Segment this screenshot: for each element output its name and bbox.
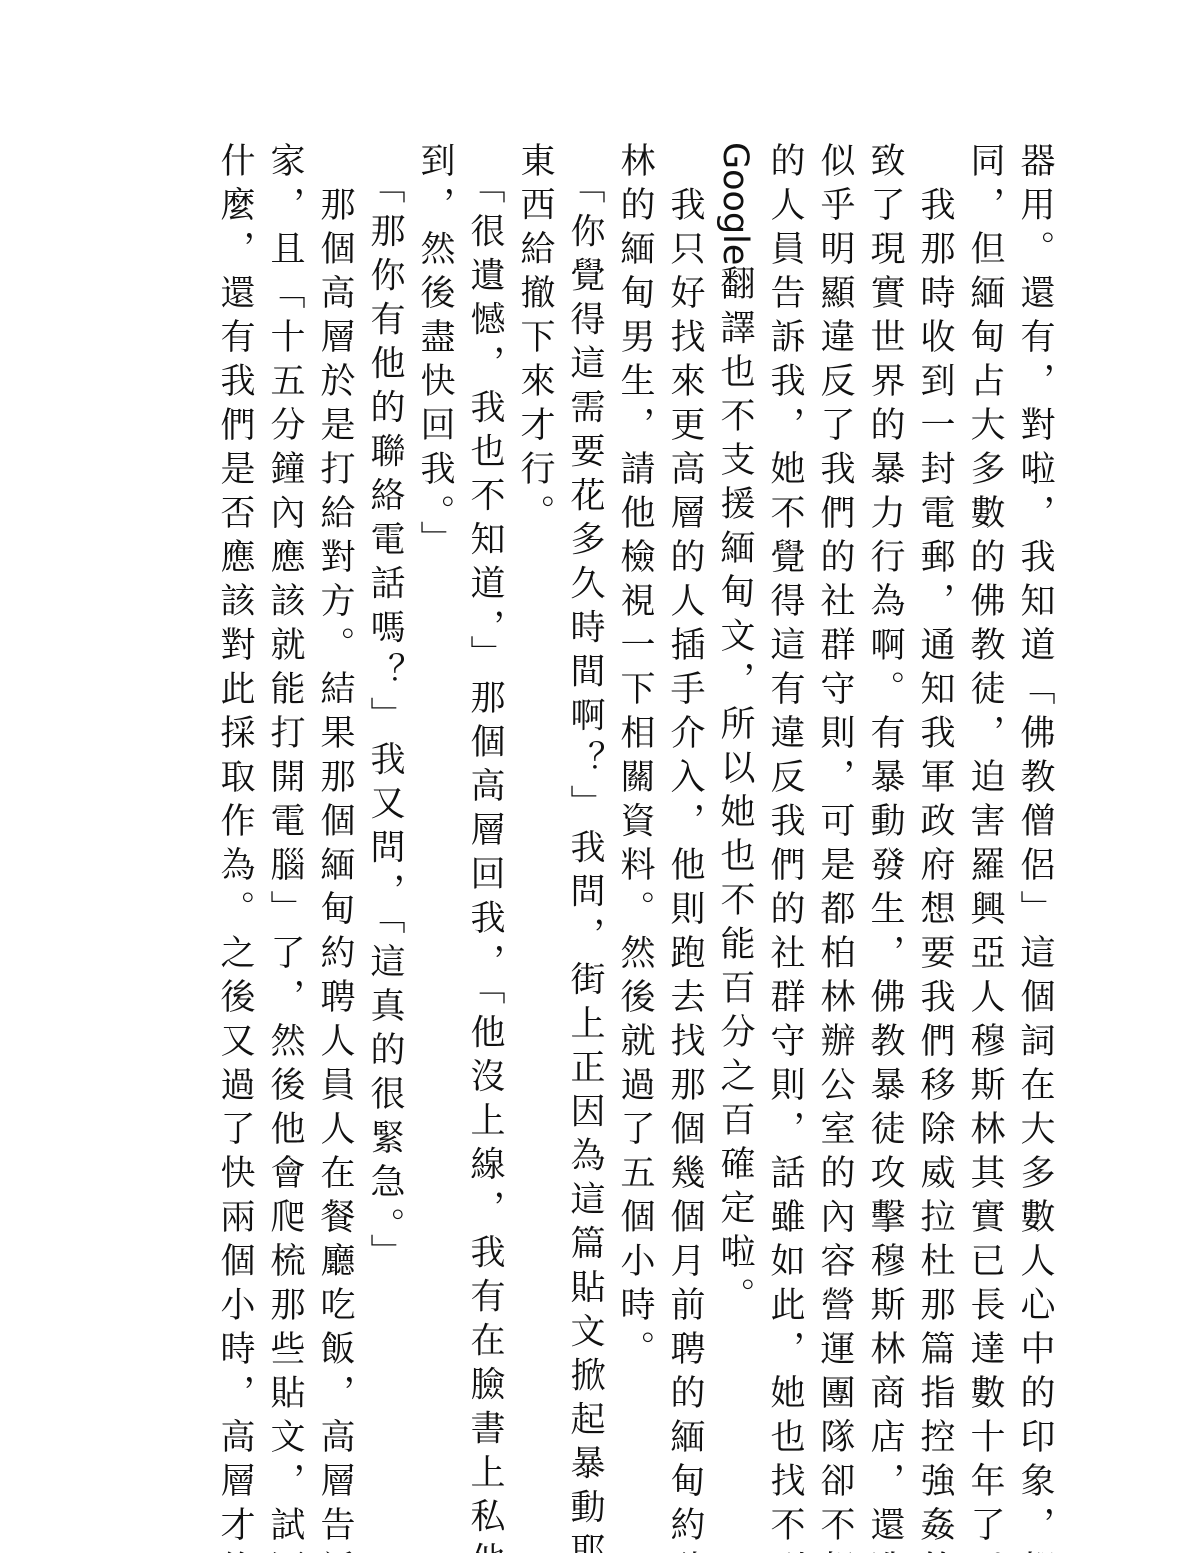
text-column-17: 什麼，還有我們是否應該對此採取作為。之後又過了快兩個小時，高層才終於承認，那個約…	[210, 142, 260, 1472]
text-column-12: 「很遺憾，我也不知道，」那個高層回我，「他沒上線，我有在臉書上私他了，希望他有看	[460, 142, 510, 1472]
book-page: 器用。還有，對啦，我知道「佛教僧侶」這個詞在大多數人心中的印象，都和「恐怖份子」…	[0, 0, 1200, 1553]
text-column-6: 的人員告訴我，她不覺得這有違反我們的社群守則，話雖如此，她也找不到半個會講緬甸話…	[760, 142, 810, 1472]
google-word: Google	[715, 142, 755, 265]
text-column-7: Google翻譯也不支援緬甸文，所以她也不能百分之百確定啦。	[710, 142, 760, 1472]
text-column-7-body: 翻譯也不支援緬甸文，所以她也不能百分之百確定啦。	[715, 265, 755, 1321]
text-column-4: 致了現實世界的暴力行為啊。有暴動發生，佛教暴徒攻擊穆斯林商店，還造成傷亡，所以這…	[860, 142, 910, 1472]
text-column-15: 那個高層於是打給對方。結果那個緬甸約聘人員人在餐廳吃飯，高層告訴我說對方會趕快回	[310, 142, 360, 1472]
text-column-8: 我只好找來更高層的人插手介入，他則跑去找那個幾個月前聘的緬甸約聘人員，是個住在都…	[660, 142, 710, 1472]
text-column-5: 似乎明顯違反了我們的社群守則，可是都柏林辦公室的內容營運團隊卻不想要撤下相關貼文…	[810, 142, 860, 1472]
text-column-10: 「你覺得這需要花多久時間啊？」我問，街上正因為這篇貼文掀起暴動耶，我真的需要趕快…	[560, 142, 610, 1472]
text-column-9: 林的緬甸男生，請他檢視一下相關資料。然後就過了五個小時。	[610, 142, 660, 1472]
text-column-3: 我那時收到一封電郵，通知我軍政府想要我們移除威拉杜那篇指控強姦的文章，畢竟這可是…	[910, 142, 960, 1472]
text-column-11: 東西給撤下來才行。	[510, 142, 560, 1472]
text-column-16: 家，且「十五分鐘內應該就能打開電腦」了，然後他會爬梳那些貼文，試圖弄清楚上頭到底…	[260, 142, 310, 1472]
text-column-1: 器用。還有，對啦，我知道「佛教僧侶」這個詞在大多數人心中的印象，都和「恐怖份子」…	[1010, 142, 1060, 1472]
text-column-14: 「那你有他的聯絡電話嗎？」我又問，「這真的很緊急。」	[360, 142, 410, 1472]
text-column-13: 到，然後盡快回我。」	[410, 142, 460, 1472]
text-column-2: 同，但緬甸占大多數的佛教徒，迫害羅興亞人穆斯林其實已長達數十年了。	[960, 142, 1010, 1472]
